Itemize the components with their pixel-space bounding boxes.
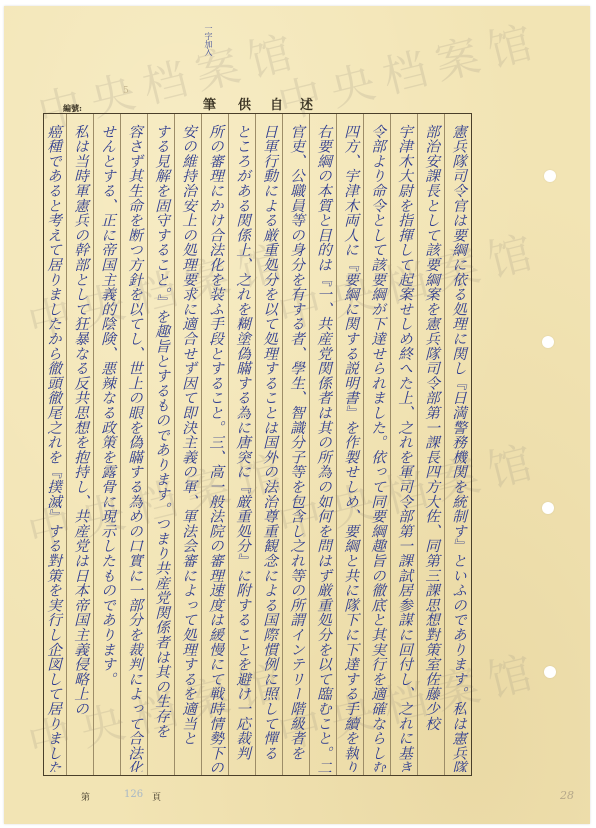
text-column: 令部より命令として該要綱が下達せられました。依って同要綱趣旨の徹底と其実行を適確… bbox=[363, 114, 390, 775]
handwritten-line: 部治安課長として該要綱案を憲兵隊司令部第一課長四方大佐、同第三課思想對策室佐藤少… bbox=[418, 114, 444, 772]
handwritten-line: 憲兵隊司令官は要綱に依る処理に関し『日満警務機関を統制す』といふのであります。私… bbox=[445, 114, 471, 772]
handwritten-line: 右要綱の本質と目的は『一、共産党関係者は其の所為の如何を問はず厳重処分を以て臨む… bbox=[310, 114, 336, 772]
handwritten-line: 安の維持治安上の処理要求に適合せず因て即決主義の軍、軍法会審によって処理するを適… bbox=[175, 114, 201, 772]
text-column: 右要綱の本質と目的は『一、共産党関係者は其の所為の如何を問はず厳重処分を以て臨む… bbox=[309, 114, 336, 775]
form-title: 筆 供 自 述 bbox=[0, 94, 596, 108]
handwritten-line: ところがある関係上、之れを糊塗偽瞞する為に唐突に『厳重処分』に附することを避け一… bbox=[229, 114, 255, 772]
footer-suffix: 頁 bbox=[152, 790, 161, 803]
text-column: 容さず其生命を断つ方針を以てし、世上の眼を偽瞞する為めの口實に一部分を裁判によっ… bbox=[120, 114, 147, 775]
text-column: 憲兵隊司令官は要綱に依る処理に関し『日満警務機関を統制す』といふのであります。私… bbox=[444, 114, 471, 775]
text-column: せんとする、正に帝国主義的陰険、悪辣なる政策を露骨に現示したものであります。 bbox=[93, 114, 120, 775]
handwritten-line: 令部より命令として該要綱が下達せられました。依って同要綱趣旨の徹底と其実行を適確… bbox=[364, 114, 390, 772]
text-column: ところがある関係上、之れを糊塗偽瞞する為に唐突に『厳重処分』に附することを避け一… bbox=[228, 114, 255, 775]
text-column: 宇津木大尉を指揮して起案せしめ終へた上、之れを軍司令部第一課試居参謀に回付し、之… bbox=[390, 114, 417, 775]
punch-hole bbox=[542, 336, 554, 348]
footer-prefix: 第 bbox=[81, 790, 90, 803]
title-char: 筆 bbox=[203, 94, 216, 113]
text-column: 癌種であると考えて居りましたから徹頭徹尾之れを『撲滅』する對策を実行し企図して居… bbox=[40, 114, 66, 775]
text-column: 四方、宇津木両人に『要綱に関する説明書』を作製せしめ、要綱と共に隊下に下達する手… bbox=[336, 114, 363, 775]
text-column: する見解を固守すること。』を趣旨とするものであります。つまり共産党関係者は其の生… bbox=[147, 114, 174, 775]
handwritten-line: する見解を固守すること。』を趣旨とするものであります。つまり共産党関係者は其の生… bbox=[148, 114, 174, 772]
text-column: 部治安課長として該要綱案を憲兵隊司令部第一課長四方大佐、同第三課思想對策室佐藤少… bbox=[417, 114, 444, 775]
sheet-number: 28 bbox=[560, 789, 574, 802]
punch-hole bbox=[544, 170, 556, 182]
text-column: 官吏、公職員等の身分を有する者、學生、智識分子等を包含し之れ等の所謂インテリー階… bbox=[282, 114, 309, 775]
top-annotation: 一字加入 bbox=[201, 24, 213, 56]
writing-grid: 憲兵隊司令官は要綱に依る処理に関し『日満警務機関を統制す』といふのであります。私… bbox=[43, 113, 472, 776]
title-char: 述 bbox=[300, 94, 313, 113]
handwritten-line: 容さず其生命を断つ方針を以てし、世上の眼を偽瞞する為めの口實に一部分を裁判によっ… bbox=[121, 114, 147, 772]
handwritten-line: 癌種であると考えて居りましたから徹頭徹尾之れを『撲滅』する對策を実行し企図して居… bbox=[40, 114, 66, 772]
text-column: 私は当時軍憲兵の幹部として狂暴なる反共思想を抱持し、共産党は日本帝国主義侵略上の bbox=[66, 114, 93, 775]
title-char: 供 bbox=[238, 94, 251, 113]
footer-page-number: 126 bbox=[124, 789, 143, 800]
punch-hole bbox=[542, 502, 554, 514]
text-column: 日軍行動による厳重処分を以て処理することは国外の法治尊重観念による国際慣例に照し… bbox=[255, 114, 282, 775]
title-char: 自 bbox=[270, 94, 283, 113]
handwritten-line: 所の審理にかけ合法化を装ふ手段とすること。三、高一般法院の審理速度は緩慢にて戦時… bbox=[202, 114, 228, 772]
text-column: 安の維持治安上の処理要求に適合せず因て即決主義の軍、軍法会審によって処理するを適… bbox=[174, 114, 201, 775]
handwritten-line: せんとする、正に帝国主義的陰険、悪辣なる政策を露骨に現示したものであります。 bbox=[94, 114, 120, 772]
handwritten-line: 私は当時軍憲兵の幹部として狂暴なる反共思想を抱持し、共産党は日本帝国主義侵略上の bbox=[67, 114, 93, 772]
punch-hole bbox=[544, 666, 556, 678]
text-column: 所の審理にかけ合法化を装ふ手段とすること。三、高一般法院の審理速度は緩慢にて戦時… bbox=[201, 114, 228, 775]
handwritten-line: 官吏、公職員等の身分を有する者、學生、智識分子等を包含し之れ等の所謂インテリー階… bbox=[283, 114, 309, 772]
handwritten-line: 宇津木大尉を指揮して起案せしめ終へた上、之れを軍司令部第一課試居参謀に回付し、之… bbox=[391, 114, 417, 772]
handwritten-line: 四方、宇津木両人に『要綱に関する説明書』を作製せしめ、要綱と共に隊下に下達する手… bbox=[337, 114, 363, 772]
handwritten-line: 日軍行動による厳重処分を以て処理することは国外の法治尊重観念による国際慣例に照し… bbox=[256, 114, 282, 772]
